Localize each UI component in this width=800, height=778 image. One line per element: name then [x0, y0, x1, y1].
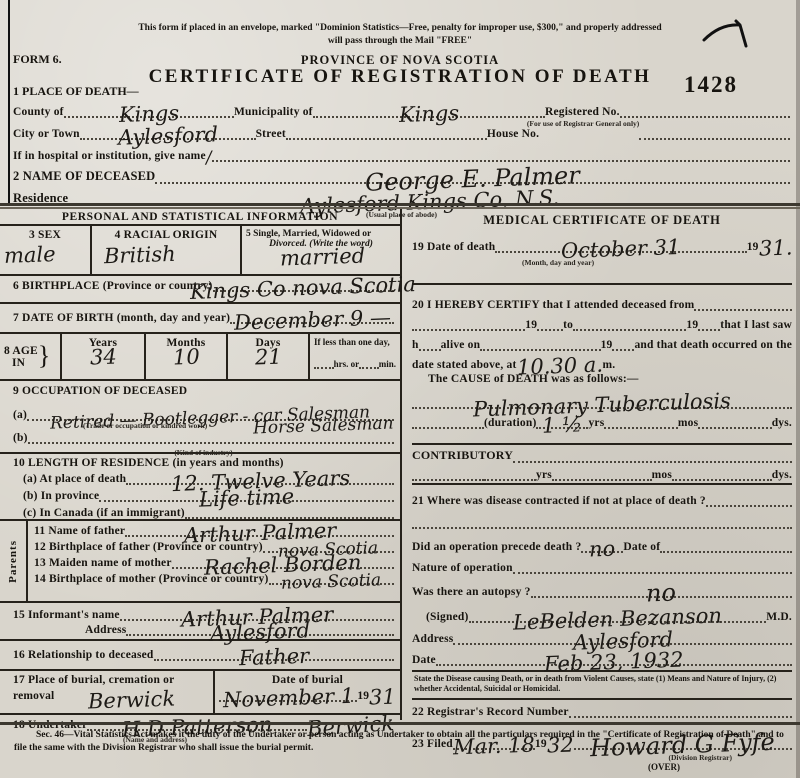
county-row: County of Kings Municipality of Kings Re… [13, 96, 790, 118]
certificate-date-field: Feb 23, 1932 [436, 652, 792, 666]
autopsy-label: Was there an autopsy ? [412, 586, 531, 598]
age-label-line2: IN [12, 357, 38, 369]
time-of-death-handwriting: 10.30 a. [516, 357, 603, 377]
certify-19b: 19 [686, 319, 698, 331]
birthplace-label: 6 BIRTHPLACE (Province or country) [13, 280, 213, 292]
parents-section: Parents 11 Name of father Arthur Palmer … [0, 521, 400, 603]
nature-of-operation-field [513, 560, 792, 574]
death-certificate-document: This form if placed in an envelope, mark… [0, 0, 800, 778]
certify-stated: date stated above, at [412, 359, 517, 371]
certify-19a: 19 [525, 319, 537, 331]
occupation-heading: 9 OCCUPATION OF DECEASED [13, 385, 394, 397]
age-days-handwriting: 21 [254, 349, 281, 367]
duration-mos-field [698, 415, 771, 429]
residence-c-label: (c) In Canada (if an immigrant) [23, 507, 185, 519]
hospital-label: If in hospital or institution, give name [13, 150, 206, 162]
parents-fields: 11 Name of father Arthur Palmer 12 Birth… [28, 521, 400, 601]
mother-birthplace-field: nova Scotia [269, 571, 395, 585]
certify-alive: alive on [441, 339, 481, 351]
age-less-than-day-cell: If less than one day, hrs. or min. [310, 334, 400, 379]
operation-field: no [581, 539, 623, 553]
physician-address-field: Aylesford [453, 631, 792, 645]
registrar-general-note: (For use of Registrar General only) [527, 119, 639, 128]
deceased-name-field: George E. Palmer [155, 170, 790, 184]
duration2-yrs-field [552, 467, 652, 481]
municipality-handwriting: Kings [398, 105, 459, 124]
house-no-label: House No. [487, 128, 539, 140]
certify-from-field [694, 297, 792, 311]
contributory-label: CONTRIBUTORY [412, 448, 513, 463]
age-label-line1: 8 AGE [4, 345, 38, 357]
hospital-handwriting: / [206, 152, 212, 166]
birthplace-handwriting: Kings Co nova Scotia [190, 276, 416, 301]
marital-label-line1: 5 Single, Married, Widowed or [246, 229, 396, 239]
city-field: Aylesford [80, 126, 256, 140]
duration2-mos-label: mos [652, 469, 672, 481]
medical-column: MEDICAL CERTIFICATE OF DEATH 19 Date of … [402, 209, 800, 720]
residence-b-field: Life time [99, 488, 394, 502]
sex-label: 3 SEX [4, 229, 86, 241]
date-of-birth-label: 7 DATE OF BIRTH (month, day and year) [13, 312, 230, 324]
disease-contracted-label: 21 Where was disease contracted if not a… [412, 495, 706, 507]
industry-note: (Kind of industry) [174, 448, 232, 457]
certify-occurred: and that death occurred on the [634, 339, 792, 351]
certify-field-2 [537, 317, 563, 331]
burial-place-handwriting: Berwick [88, 691, 176, 711]
signed-row: (Signed) LeBelden Bezanson M.D. [412, 598, 792, 623]
disease-contracted-field-1 [706, 493, 792, 507]
informant-name-field: Arthur Palmer [120, 607, 394, 621]
age-years-cell: Years 34 [62, 334, 146, 379]
date-of-death-field: October 31 [495, 239, 746, 253]
two-column-body: PERSONAL AND STATISTICAL INFORMATION 3 S… [0, 209, 800, 720]
duration2-yrs-label: yrs [536, 469, 552, 481]
house-no-group: (For use of Registrar General only) Hous… [487, 119, 639, 140]
duration2-mos-field [672, 467, 772, 481]
nature-of-operation-label: Nature of operation [412, 562, 513, 574]
city-handwriting: Aylesford [117, 126, 218, 146]
certificate-number: 1428 [684, 72, 738, 98]
burial-date-label: Date of burial [219, 674, 396, 686]
certify-label: 20 I HEREBY CERTIFY that I attended dece… [412, 299, 694, 311]
residence-a-label: (a) At place of death [23, 473, 126, 485]
operation-date-field [660, 539, 792, 553]
record-number-field [569, 704, 792, 718]
certify-field-6 [480, 337, 600, 351]
signed-field: LeBelden Bezanson [469, 609, 767, 623]
mail-notice-line1: This form if placed in an envelope, mark… [110, 22, 690, 35]
county-label: County of [13, 106, 64, 118]
burial-date-handwriting: November 1 [222, 688, 354, 709]
county-field: Kings [64, 104, 234, 118]
age-months-handwriting: 10 [172, 349, 199, 367]
informant-name-label: 15 Informant's name [13, 609, 120, 621]
occupation-row: 9 OCCUPATION OF DECEASED (a) Retired — B… [0, 381, 400, 454]
racial-origin-cell: 4 RACIAL ORIGIN British [92, 226, 242, 274]
house-no-field [639, 126, 790, 140]
certificate-date-label: Date [412, 654, 436, 666]
relationship-row: 16 Relationship to deceased Father [0, 641, 400, 671]
autopsy-row: Was there an autopsy ? no [412, 574, 792, 598]
min-field [359, 355, 379, 369]
parents-tab: Parents [0, 521, 28, 601]
min-label: min. [379, 359, 396, 369]
certify-field-1 [412, 317, 525, 331]
dod-year-handwriting: 31. [758, 240, 792, 258]
contributory-section: CONTRIBUTORY yrs mos dys. [412, 443, 792, 483]
length-of-residence-row: 10 LENGTH OF RESIDENCE (in years and mon… [0, 454, 400, 521]
residence-b-handwriting: Life time [199, 489, 295, 509]
operation-handwriting: no [589, 541, 616, 559]
date-of-birth-row: 7 DATE OF BIRTH (month, day and year) De… [0, 304, 400, 334]
operation-date-label: Date of [623, 541, 660, 553]
duration-yrs-field [604, 415, 677, 429]
certify-lastsaw: that I last saw [720, 319, 792, 331]
medical-section-heading: MEDICAL CERTIFICATE OF DEATH [412, 209, 792, 231]
operation-row: Did an operation precede death ? no Date… [412, 529, 792, 553]
city-label: City or Town [13, 128, 80, 140]
burial-place-cell: 17 Place of burial, cremation or removal… [0, 671, 215, 713]
scan-line-artifact [8, 0, 10, 205]
occupation-b-label: (b) [13, 432, 28, 444]
footer-note: Sec. 46—Vital Statistics Act makes it th… [0, 722, 800, 756]
sex-handwriting: male [4, 246, 56, 265]
age-brace: } [38, 346, 50, 367]
burial-label-line1: 17 Place of burial, cremation or [13, 674, 209, 686]
age-months-cell: Months 10 [146, 334, 228, 379]
registered-no-field [620, 104, 790, 118]
deceased-name-row: 2 NAME OF DECEASED George E. Palmer [13, 162, 790, 184]
certify-field-4 [698, 317, 720, 331]
relationship-label: 16 Relationship to deceased [13, 649, 154, 661]
burial-row: 17 Place of burial, cremation or removal… [0, 671, 400, 715]
date-of-birth-field: December 9 — [230, 310, 394, 324]
mother-birthplace-handwriting: nova Scotia [281, 575, 382, 592]
duration2-lead-field [412, 467, 484, 481]
mail-notice: This form if placed in an envelope, mark… [110, 22, 690, 48]
relationship-handwriting: Father [238, 648, 309, 667]
certify-19c: 19 [601, 339, 613, 351]
date-of-death-row: 19 Date of death October 31 19 31. (Mont… [412, 239, 792, 285]
autopsy-handwriting: no [646, 583, 677, 603]
duration-mos-label: mos [678, 417, 698, 429]
duration-yrs-label: yrs [588, 417, 604, 429]
residence-b-label: (b) In province [23, 490, 99, 502]
disease-contracted-section: 21 Where was disease contracted if not a… [412, 483, 792, 529]
personal-section-heading: PERSONAL AND STATISTICAL INFORMATION [0, 209, 400, 226]
sex-racial-marital-row: 3 SEX male 4 RACIAL ORIGIN British 5 Sin… [0, 226, 400, 276]
hospital-field [212, 148, 790, 162]
informant-row: 15 Informant's name Arthur Palmer Addres… [0, 603, 400, 641]
burial-year-printed: 19 [357, 690, 369, 702]
residence-a-field: 12. Twelve Years [126, 471, 394, 485]
date-of-death-label: 19 Date of death [412, 241, 495, 253]
certify-m: m. [603, 359, 616, 371]
burial-label-line2: removal [13, 690, 54, 702]
certify-field-5 [419, 337, 441, 351]
date-of-death-handwriting: October 31 [561, 239, 681, 260]
mother-name-label: 13 Maiden name of mother [34, 557, 172, 569]
occupation-a-label: (a) [13, 409, 27, 421]
age-less-label: If less than one day, [314, 337, 396, 347]
md-label: M.D. [766, 611, 792, 623]
age-days-cell: Days 21 [228, 334, 310, 379]
street-field [286, 126, 487, 140]
duration-field: 1 ½ [536, 415, 588, 429]
record-number-row: 22 Registrar's Record Number [412, 702, 792, 724]
age-row: 8 AGE IN } Years 34 Months 10 Days 21 [0, 334, 400, 381]
certify-field-3 [573, 317, 686, 331]
burial-date-cell: Date of burial November 1 19 31 [215, 671, 400, 713]
duration-dys-label: dys. [772, 417, 792, 429]
hrs-label: hrs. or [334, 359, 360, 369]
certify-field-7 [612, 337, 634, 351]
marital-handwriting: married [280, 248, 366, 268]
birthplace-field: Kings Co nova Scotia [213, 278, 394, 292]
parents-label: Parents [7, 540, 19, 583]
certify-h: h [412, 339, 419, 351]
father-name-field: Arthur Palmer [125, 523, 394, 537]
dod-year-printed: 19 [747, 241, 759, 253]
father-name-row: 11 Name of father Arthur Palmer [34, 523, 394, 537]
relationship-field: Father [154, 647, 394, 661]
certify-section: 20 I HEREBY CERTIFY that I attended dece… [412, 285, 792, 371]
mother-name-row: 13 Maiden name of mother Rachel Borden [34, 555, 394, 569]
racial-origin-label: 4 RACIAL ORIGIN [96, 229, 236, 241]
over-label: (OVER) [648, 761, 680, 774]
operation-label: Did an operation precede death ? [412, 541, 581, 553]
father-name-label: 11 Name of father [34, 525, 125, 537]
hrs-field [314, 355, 334, 369]
occupation-a2-handwriting: Horse Salesman [253, 418, 394, 436]
age-label-cell: 8 AGE IN } [0, 334, 62, 379]
mother-name-field: Rachel Borden [172, 555, 394, 569]
municipality-label: Municipality of [234, 106, 313, 118]
informant-address-field: Aylesford [126, 622, 394, 636]
duration2-dys-label: dys. [772, 469, 792, 481]
duration2-field [484, 467, 536, 481]
burial-place-field: Berwick [54, 688, 209, 702]
marital-cell: 5 Single, Married, Widowed or Divorced. … [242, 226, 400, 274]
cause-field: Pulmonary Tuberculosis [412, 395, 792, 409]
pen-mark [700, 12, 752, 54]
mail-notice-line2: will pass through the Mail "FREE" [110, 35, 690, 48]
certify-to: to [563, 319, 573, 331]
contributory-field [513, 449, 792, 463]
birthplace-row: 6 BIRTHPLACE (Province or country) Kings… [0, 276, 400, 304]
record-number-label: 22 Registrar's Record Number [412, 706, 569, 718]
sex-cell: 3 SEX male [0, 226, 92, 274]
burial-year-handwriting: 31 [369, 689, 396, 707]
date-of-birth-handwriting: December 9 — [233, 309, 390, 331]
cause-of-death-section: The CAUSE of DEATH was as follows:— Pulm… [412, 373, 792, 443]
age-years-handwriting: 34 [89, 349, 116, 367]
registered-no-label: Registered No. [545, 106, 620, 118]
informant-address-label: Address [85, 624, 126, 636]
county-handwriting: Kings [118, 105, 179, 124]
personal-column: PERSONAL AND STATISTICAL INFORMATION 3 S… [0, 209, 402, 720]
autopsy-field: no [531, 584, 792, 598]
duration-handwriting: 1 ½ [542, 417, 583, 435]
disease-contracted-field-2 [412, 515, 792, 529]
street-label: Street [256, 128, 286, 140]
informant-address-handwriting: Aylesford [210, 622, 311, 642]
sec46-text: Sec. 46—Vital Statistics Act makes it th… [14, 729, 786, 756]
certificate-date-handwriting: Feb 23, 1932 [544, 652, 684, 674]
municipality-field: Kings [313, 104, 545, 118]
violent-causes-note: State the Disease causing Death, or in d… [412, 670, 792, 700]
burial-date-field: November 1 [219, 688, 357, 702]
physician-signature-handwriting: LeBelden Bezanson [513, 608, 722, 632]
deceased-name-label: 2 NAME OF DECEASED [13, 169, 155, 184]
physician-address-label: Address [412, 633, 453, 645]
racial-origin-handwriting: British [104, 246, 176, 265]
signed-label: (Signed) [426, 611, 469, 623]
cause-label: The CAUSE of DEATH was as follows:— [428, 373, 792, 385]
